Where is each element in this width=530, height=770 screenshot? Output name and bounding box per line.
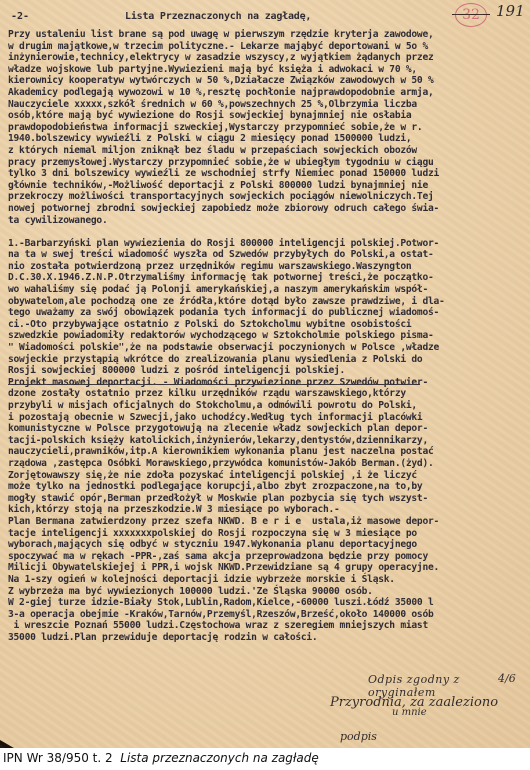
typed-line: władze wojskowe lub partyjne.Wywiezieni … xyxy=(8,64,526,76)
typed-line: dzone zostały ostatnio przez kilku urzęd… xyxy=(8,388,526,400)
typed-line: wo wahaliśmy się podać ją Polonji ameryk… xyxy=(8,284,526,296)
typed-line: Akademicy podlegają wywozowi w 10 %,resz… xyxy=(8,87,526,99)
typed-line: komunistyczne w Polsce przygotowują na z… xyxy=(8,423,526,435)
underline-rule xyxy=(8,384,420,385)
typed-line: wyborach,mających się odbyć w styczniu 1… xyxy=(8,539,526,551)
stamp-strikethrough xyxy=(452,14,490,15)
typed-line: osób,które mają być wywiezione do Rosji … xyxy=(8,110,526,122)
typed-line: Milicji Obywatelskiejej i PPR,i wojsk NK… xyxy=(8,562,526,574)
typed-line: 3-a operacja obejmie -Kraków,Tarnów,Prze… xyxy=(8,609,526,621)
typed-line: rządowa ,zastępca Osóbki Morawskiego,prz… xyxy=(8,458,526,470)
typed-line: W 2-giej turze idzie-Biały Stok,Lublin,R… xyxy=(8,597,526,609)
handwritten-date: 4/6 xyxy=(498,672,516,685)
caption-reference: IPN Wr 38/950 t. 2 xyxy=(3,751,113,765)
typed-line: prawdopodobieństwa informacji szweckiej,… xyxy=(8,122,526,134)
typed-line: obywatelom,ale pochodzą one ze źródła,kt… xyxy=(8,296,526,308)
typed-line: mogły stawić opór,Berman przedłożył w Mo… xyxy=(8,493,526,505)
typed-line: ci.-Oto przybywające ostatnio z Polski d… xyxy=(8,319,526,331)
typed-line: Zorjętowawszy się,że nie zdoła pozyskać … xyxy=(8,470,526,482)
handwritten-signature: podpis xyxy=(340,730,377,743)
typed-line: przybyli w misjach oficjalnych do Stokch… xyxy=(8,400,526,412)
typed-line: Przy ustaleniu list brane są pod uwagę w… xyxy=(8,29,526,41)
document-scan: -2- Lista Przeznaczonych na zagładę, 32 … xyxy=(0,0,530,748)
typed-line: nio została potwierdzoną przez urzędnikó… xyxy=(8,261,526,273)
handwritten-note-2: u mnie xyxy=(392,707,427,718)
typed-line: może tylko na jednostki podlegające koru… xyxy=(8,481,526,493)
typed-line: tego uważamy za swój obowiązek podania t… xyxy=(8,307,526,319)
typed-line: Nauczyciele xxxxx,szkół średnich w 60 %,… xyxy=(8,99,526,111)
typed-line: nauczycieli,prawników,itp.A kierownikiem… xyxy=(8,446,526,458)
typed-line: szwedzkie powiadomiły redaktorów wychodz… xyxy=(8,330,526,342)
archive-number: 191 xyxy=(496,2,525,20)
typed-line: Projekt masowej deportacji. - Wiadomości… xyxy=(8,377,526,389)
caption-title: Lista przeznaczonych na zagładę xyxy=(120,751,318,765)
typed-line xyxy=(8,226,526,238)
typed-line: spoczywać ma w rękach -PPR-,zaś sama akc… xyxy=(8,551,526,563)
typed-line: z których niemal miljon zniknął bez ślad… xyxy=(8,145,526,157)
typed-line: i wreszcie Poznań 55000 ludzi.Częstochow… xyxy=(8,620,526,632)
image-caption: IPN Wr 38/950 t. 2 Lista przeznaczonych … xyxy=(3,751,319,765)
typed-line: Na 1-szy ogień w kolejności deportacji i… xyxy=(8,574,526,586)
typed-line: przekroczy możliwości transportacyjnych … xyxy=(8,191,526,203)
typed-line: tylko 3 dni bolszewicy wywieźli ze wscho… xyxy=(8,168,526,180)
typed-line: nowej potwornej zbrodni sowjeckiej zapob… xyxy=(8,203,526,215)
typed-line: D.C.30.X.1946.Z.N.P.Otrzymaliśmy informa… xyxy=(8,272,526,284)
typed-line: 1940.bolszewicy wywieźli z Polski w ciąg… xyxy=(8,133,526,145)
archive-stamp: 32 xyxy=(455,3,487,27)
typed-line: kich,którzy stoją na przeszkodzie.W 3 mi… xyxy=(8,504,526,516)
document-header: -2- Lista Przeznaczonych na zagładę, xyxy=(0,11,530,25)
typed-line: głównie techników,-Możliwość deportacji … xyxy=(8,180,526,192)
typed-line: pracy przemysłowej.Wystarczy przypomnieć… xyxy=(8,157,526,169)
typed-line: Rosji sowjeckiej 800000 ludzi z pośród i… xyxy=(8,365,526,377)
typed-line: tacji-polskich księży katolickich,inżyni… xyxy=(8,435,526,447)
typed-line: na ta w swej treści wiadomość wyszła od … xyxy=(8,249,526,261)
typed-line: 35000 ludzi.Plan przewiduje deportację r… xyxy=(8,632,526,644)
page-number: -2- xyxy=(11,11,29,22)
typed-line: kierownicy kooperatyw wytwórczych w 50 %… xyxy=(8,75,526,87)
scan-corner-shadow xyxy=(0,740,14,748)
typed-line: i pozostają obecnie w Szwecji,jako uchod… xyxy=(8,412,526,424)
typed-line: Z wybrzeża ma być wywiezionych 100000 lu… xyxy=(8,586,526,598)
typed-line: w drugim majątkowe,w trzecim polityczne.… xyxy=(8,41,526,53)
typed-line: ta cywilizowanego. xyxy=(8,215,526,227)
typed-line: inżynierowie,technicy,elektrycy w zasadz… xyxy=(8,52,526,64)
typed-line: " Wiadomości polskie",że na podstawie ob… xyxy=(8,342,526,354)
typed-line: tacje inteligencji xxxxxxxpolskiej do Ro… xyxy=(8,528,526,540)
document-title: Lista Przeznaczonych na zagładę, xyxy=(125,11,311,22)
typed-line: sowjeckie przystąpią wkrótce do zrealizo… xyxy=(8,354,526,366)
typed-line: Plan Bermana zatwierdzony przez szefa NK… xyxy=(8,516,526,528)
typed-line: 1.-Barbarzyński plan wywiezienia do Rosj… xyxy=(8,238,526,250)
typed-body-text: Przy ustaleniu list brane są pod uwagę w… xyxy=(8,29,526,643)
